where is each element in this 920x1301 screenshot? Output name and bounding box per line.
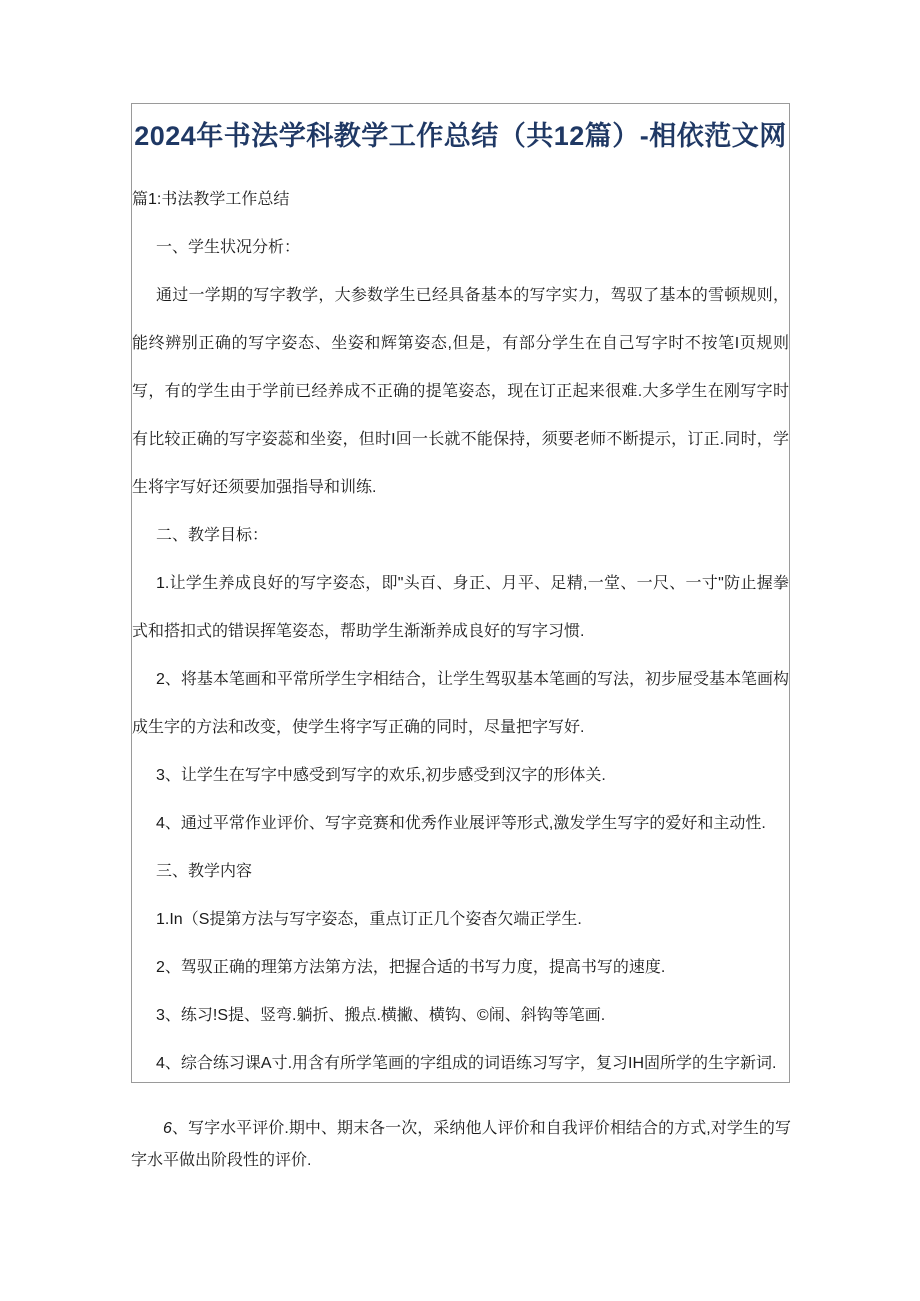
paragraph: 通过一学期的写字教学，大参数学生已经具备基本的写字实力，驾驭了基本的雪顿规则，能… — [132, 272, 789, 512]
document-title: 2024年书法学科教学工作总结（共12篇）-相依范文网 — [132, 104, 789, 156]
paragraph: 三、教学内容 — [132, 848, 789, 896]
footer-paragraph-text: 、写字水平评价.期中、期末各一次，采纳他人评价和自我评价相结合的方式,对学生的写… — [131, 1120, 791, 1169]
paragraph: 一、学生状况分析： — [132, 224, 789, 272]
footer-paragraph: 6、写字水平评价.期中、期末各一次，采纳他人评价和自我评价相结合的方式,对学生的… — [131, 1113, 791, 1177]
document-body: 篇1:书法教学工作总结一、学生状况分析：通过一学期的写字教学，大参数学生已经具备… — [132, 176, 789, 1083]
paragraph: 2、驾驭正确的理第方法第方法，把握合适的书写力度，提高书写的速度. — [132, 944, 789, 992]
paragraph: 4、综合练习课A寸.用含有所学笔画的字组成的词语练习写字，复习IH固所学的生字新… — [132, 1040, 789, 1083]
page: 2024年书法学科教学工作总结（共12篇）-相依范文网 篇1:书法教学工作总结一… — [0, 0, 920, 1301]
footer-paragraph-number: 6 — [163, 1120, 172, 1137]
paragraph: 3、让学生在写字中感受到写字的欢乐,初步感受到汉字的形体关. — [132, 752, 789, 800]
paragraph: 1.让学生养成良好的写字姿态，即"头百、身正、月平、足精,一堂、一尺、一寸"防止… — [132, 560, 789, 656]
paragraph: 二、教学目标： — [132, 512, 789, 560]
paragraph: 2、将基本笔画和平常所学生字相结合，让学生驾驭基本笔画的写法，初步屉受基本笔画构… — [132, 656, 789, 752]
paragraph: 3、练习!S提、竖弯.躺折、搬点.横撇、横钩、©闹、斜钩等笔画. — [132, 992, 789, 1040]
paragraph: 4、通过平常作业评价、写字竞赛和优秀作业展评等形式,激发学生写字的爱好和主动性. — [132, 800, 789, 848]
paragraph: 1.In（S提第方法与写字姿态，重点订正几个姿杳欠端正学生. — [132, 896, 789, 944]
document-box: 2024年书法学科教学工作总结（共12篇）-相依范文网 篇1:书法教学工作总结一… — [131, 103, 790, 1083]
paragraph: 篇1:书法教学工作总结 — [132, 176, 789, 224]
